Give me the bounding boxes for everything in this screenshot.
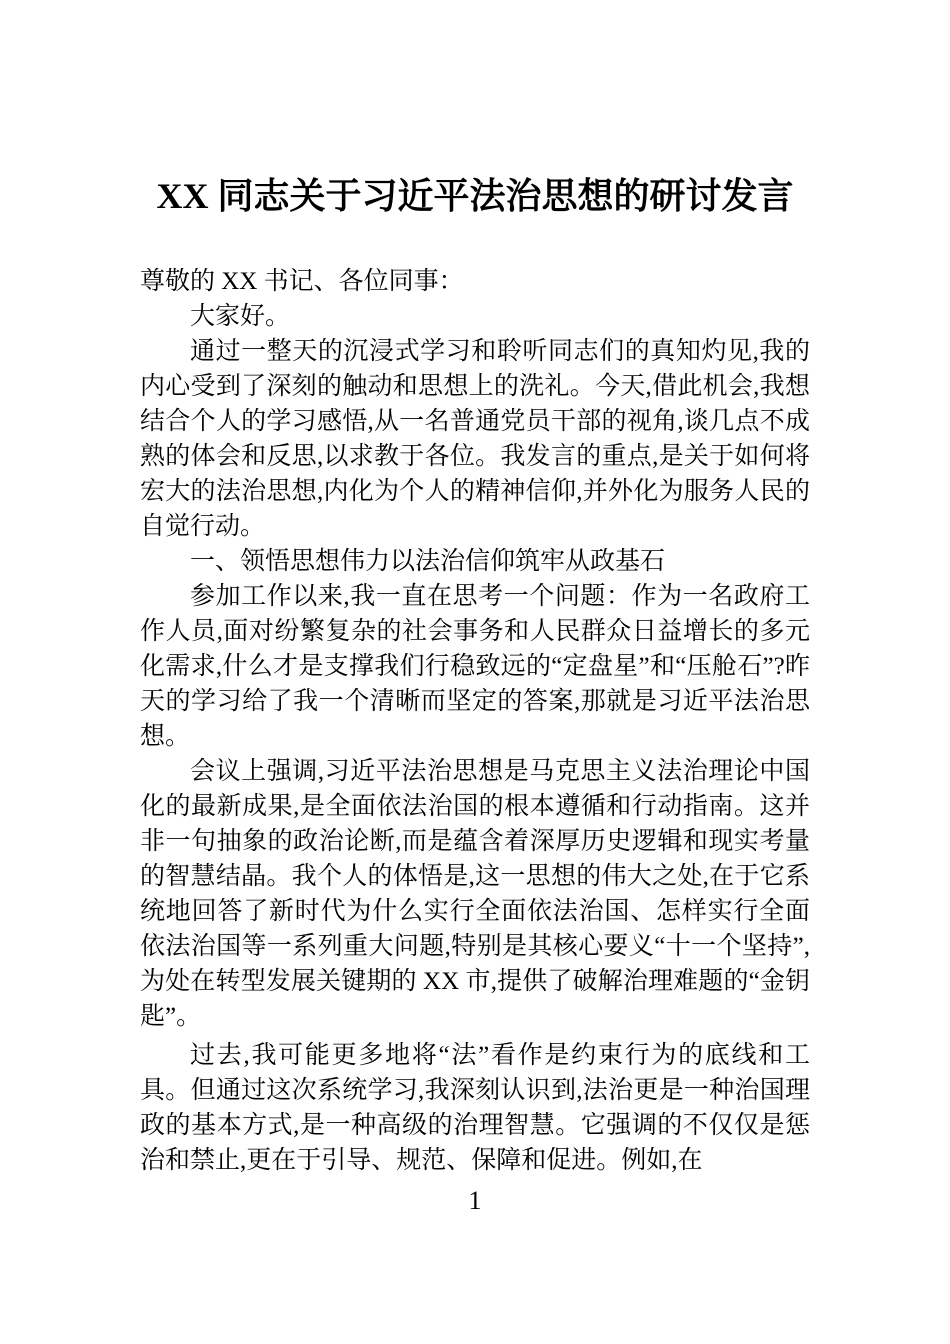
paragraph-intro: 通过一整天的沉浸式学习和聆听同志们的真知灼见,我的内心受到了深刻的触动和思想上的… [140, 334, 810, 544]
paragraph-section1-a: 参加工作以来,我一直在思考一个问题：作为一名政府工作人员,面对纷繁复杂的社会事务… [140, 579, 810, 754]
document-title: XX 同志关于习近平法治思想的研讨发言 [0, 0, 950, 222]
paragraph-section1-c: 过去,我可能更多地将“法”看作是约束行为的底线和工具。但通过这次系统学习,我深刻… [140, 1038, 810, 1178]
greeting-line: 大家好。 [140, 299, 810, 334]
paragraph-section1-b: 会议上强调,习近平法治思想是马克思主义法治理论中国化的最新成果,是全面依法治国的… [140, 754, 810, 1034]
salutation-line: 尊敬的 XX 书记、各位同事： [140, 264, 810, 299]
document-page: XX 同志关于习近平法治思想的研讨发言 尊敬的 XX 书记、各位同事： 大家好。… [0, 0, 950, 1344]
page-number: 1 [0, 1186, 950, 1216]
document-body: 尊敬的 XX 书记、各位同事： 大家好。 通过一整天的沉浸式学习和聆听同志们的真… [140, 264, 810, 1178]
section-1-heading: 一、领悟思想伟力以法治信仰筑牢从政基石 [140, 544, 810, 579]
